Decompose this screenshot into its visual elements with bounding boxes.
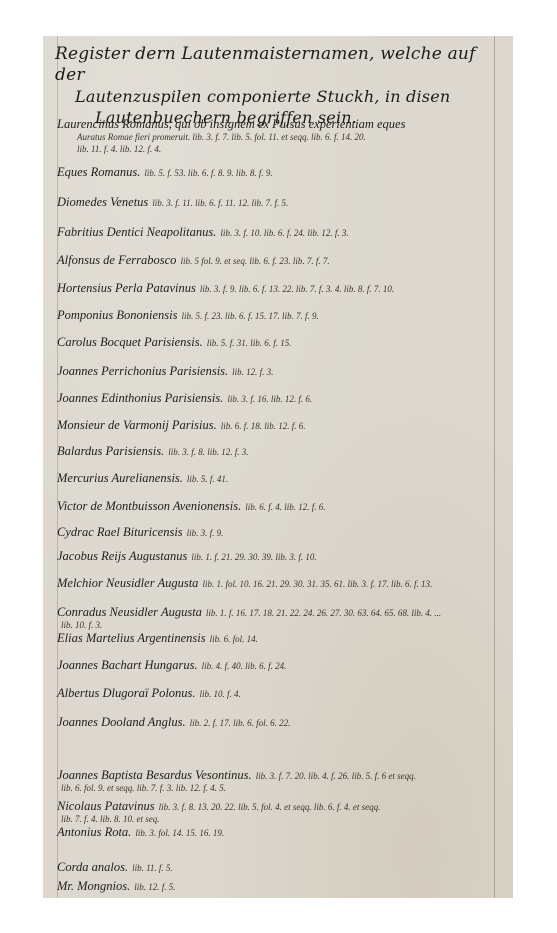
- book-reference: lib. 3. f. 16. lib. 12. f. 6.: [227, 394, 312, 404]
- book-reference: lib. 2. f. 17. lib. 6. fol. 6. 22.: [190, 718, 291, 728]
- composer-name: Nicolaus Patavinus: [57, 799, 155, 813]
- register-entry: Antonius Rota.lib. 3. fol. 14. 15. 16. 1…: [57, 826, 497, 839]
- composer-name: Mr. Mongnios.: [57, 879, 130, 893]
- book-reference: lib. 1. f. 21. 29. 30. 39. lib. 3. f. 10…: [191, 552, 316, 562]
- entry-continuation: lib. 11. f. 4. lib. 12. f. 4.: [57, 143, 497, 155]
- composer-name: Mercurius Aurelianensis.: [57, 471, 183, 485]
- register-entry: Albertus Dlugoraï Polonus.lib. 10. f. 4.: [57, 687, 497, 700]
- book-reference: lib. 3. f. 8. lib. 12. f. 3.: [168, 447, 248, 457]
- book-reference: lib. 6. fol. 14.: [210, 634, 258, 644]
- title-line-2: Lautenzuspilen componierte Stuckh, in di…: [55, 86, 495, 107]
- book-reference: lib. 6. f. 4. lib. 12. f. 6.: [245, 502, 325, 512]
- register-entry: Pomponius Bononiensislib. 5. f. 23. lib.…: [57, 309, 497, 322]
- composer-name: Laurencinus Romanus, qui ob insignem ex …: [57, 117, 405, 131]
- book-reference: lib. 5. f. 23. lib. 6. f. 15. 17. lib. 7…: [181, 311, 318, 321]
- register-entry: Laurencinus Romanus, qui ob insignem ex …: [57, 118, 497, 155]
- book-reference: lib. 5 fol. 9. et seq. lib. 6. f. 23. li…: [180, 256, 329, 266]
- composer-name: Corda analos.: [57, 860, 128, 874]
- register-entry: Victor de Montbuisson Avenionensis.lib. …: [57, 500, 497, 513]
- composer-name: Balardus Parisiensis.: [57, 444, 164, 458]
- book-reference: lib. 1. f. 16. 17. 18. 21. 22. 24. 26. 2…: [206, 608, 441, 618]
- composer-name: Eques Romanus.: [57, 165, 140, 179]
- book-reference: lib. 3. f. 9.: [187, 528, 224, 538]
- book-reference: lib. 3. f. 9. lib. 6. f. 13. 22. lib. 7.…: [200, 284, 394, 294]
- book-reference: lib. 5. f. 31. lib. 6. f. 15.: [207, 338, 292, 348]
- register-entry: Eques Romanus.lib. 5. f. 53. lib. 6. f. …: [57, 166, 497, 179]
- book-reference: lib. 3. f. 8. 13. 20. 22. lib. 5. fol. 4…: [159, 802, 381, 812]
- composer-name: Antonius Rota.: [57, 825, 131, 839]
- book-reference: lib. 6. f. 18. lib. 12. f. 6.: [221, 421, 306, 431]
- composer-name: Hortensius Perla Patavinus: [57, 281, 196, 295]
- register-entry: Hortensius Perla Patavinuslib. 3. f. 9. …: [57, 282, 497, 295]
- book-reference: lib. 5. f. 53. lib. 6. f. 8. 9. lib. 8. …: [144, 168, 272, 178]
- composer-name: Joannes Bachart Hungarus.: [57, 658, 198, 672]
- composer-name: Elias Martelius Argentinensis: [57, 631, 206, 645]
- book-reference: lib. 11. f. 5.: [132, 863, 173, 873]
- register-entry: Nicolaus Patavinuslib. 3. f. 8. 13. 20. …: [57, 800, 497, 825]
- composer-name: Carolus Bocquet Parisiensis.: [57, 335, 203, 349]
- register-entry: Balardus Parisiensis.lib. 3. f. 8. lib. …: [57, 445, 497, 458]
- book-reference: lib. 3. f. 7. 20. lib. 4. f. 26. lib. 5.…: [256, 771, 416, 781]
- composer-name: Victor de Montbuisson Avenionensis.: [57, 499, 241, 513]
- register-entry: Joannes Bachart Hungarus.lib. 4. f. 40. …: [57, 659, 497, 672]
- register-entry: Mr. Mongnios.lib. 12. f. 5.: [57, 880, 497, 893]
- register-entry: Cydrac Rael Bituricensislib. 3. f. 9.: [57, 526, 497, 539]
- composer-name: Monsieur de Varmonij Parisius.: [57, 418, 217, 432]
- composer-name: Albertus Dlugoraï Polonus.: [57, 686, 196, 700]
- entry-continuation: lib. 10. f. 3.: [57, 619, 497, 631]
- book-reference: lib. 5. f. 41.: [187, 474, 228, 484]
- register-title: Register dern Lautenmaisternamen, welche…: [55, 44, 495, 128]
- book-reference: lib. 3. f. 11. lib. 6. f. 11. 12. lib. 7…: [152, 198, 288, 208]
- register-entry: Monsieur de Varmonij Parisius.lib. 6. f.…: [57, 419, 497, 432]
- register-entry: Joannes Baptista Besardus Vesontinus.lib…: [57, 769, 497, 794]
- composer-name: Joannes Dooland Anglus.: [57, 715, 186, 729]
- book-reference: lib. 12. f. 3.: [232, 367, 273, 377]
- composer-name: Pomponius Bononiensis: [57, 308, 177, 322]
- register-entry: Joannes Edinthonius Parisiensis.lib. 3. …: [57, 392, 497, 405]
- composer-name: Jacobus Reijs Augustanus: [57, 549, 187, 563]
- composer-name: Joannes Edinthonius Parisiensis.: [57, 391, 223, 405]
- book-reference: lib. 3. f. 10. lib. 6. f. 24. lib. 12. f…: [220, 228, 348, 238]
- entry-continuation: lib. 6. fol. 9. et seqq. lib. 7. f. 3. l…: [57, 782, 497, 794]
- register-entry: Elias Martelius Argentinensislib. 6. fol…: [57, 632, 497, 645]
- register-entry: Corda analos.lib. 11. f. 5.: [57, 861, 497, 874]
- register-entry: Alfonsus de Ferraboscolib. 5 fol. 9. et …: [57, 254, 497, 267]
- composer-name: Fabritius Dentici Neapolitanus.: [57, 225, 216, 239]
- register-entry: Joannes Dooland Anglus.lib. 2. f. 17. li…: [57, 716, 497, 729]
- register-entry: Melchior Neusidler Augustalib. 1. fol. 1…: [57, 577, 497, 590]
- book-reference: lib. 1. fol. 10. 16. 21. 29. 30. 31. 35.…: [202, 579, 432, 589]
- composer-name: Alfonsus de Ferrabosco: [57, 253, 176, 267]
- register-entry: Jacobus Reijs Augustanuslib. 1. f. 21. 2…: [57, 550, 497, 563]
- manuscript-page: Register dern Lautenmaisternamen, welche…: [43, 36, 513, 898]
- composer-name: Melchior Neusidler Augusta: [57, 576, 198, 590]
- register-entry: Mercurius Aurelianensis.lib. 5. f. 41.: [57, 472, 497, 485]
- composer-name: Joannes Baptista Besardus Vesontinus.: [57, 768, 252, 782]
- register-entry: Conradus Neusidler Augustalib. 1. f. 16.…: [57, 606, 497, 631]
- register-entry: Fabritius Dentici Neapolitanus.lib. 3. f…: [57, 226, 497, 239]
- entry-continuation: lib. 7. f. 4. lib. 8. 10. et seq.: [57, 813, 497, 825]
- composer-name: Joannes Perrichonius Parisiensis.: [57, 364, 228, 378]
- book-reference: lib. 10. f. 4.: [200, 689, 241, 699]
- book-reference: lib. 4. f. 40. lib. 6. f. 24.: [202, 661, 287, 671]
- composer-name: Cydrac Rael Bituricensis: [57, 525, 183, 539]
- title-line-1: Register dern Lautenmaisternamen, welche…: [55, 44, 495, 86]
- book-reference: lib. 12. f. 5.: [134, 882, 175, 892]
- register-entry: Carolus Bocquet Parisiensis.lib. 5. f. 3…: [57, 336, 497, 349]
- register-entry: Joannes Perrichonius Parisiensis.lib. 12…: [57, 365, 497, 378]
- book-reference: lib. 3. fol. 14. 15. 16. 19.: [135, 828, 224, 838]
- composer-name: Conradus Neusidler Augusta: [57, 605, 202, 619]
- entry-continuation: Auratus Romae fieri promeruit. lib. 3. f…: [57, 131, 497, 143]
- composer-name: Diomedes Venetus: [57, 195, 148, 209]
- register-entry: Diomedes Venetuslib. 3. f. 11. lib. 6. f…: [57, 196, 497, 209]
